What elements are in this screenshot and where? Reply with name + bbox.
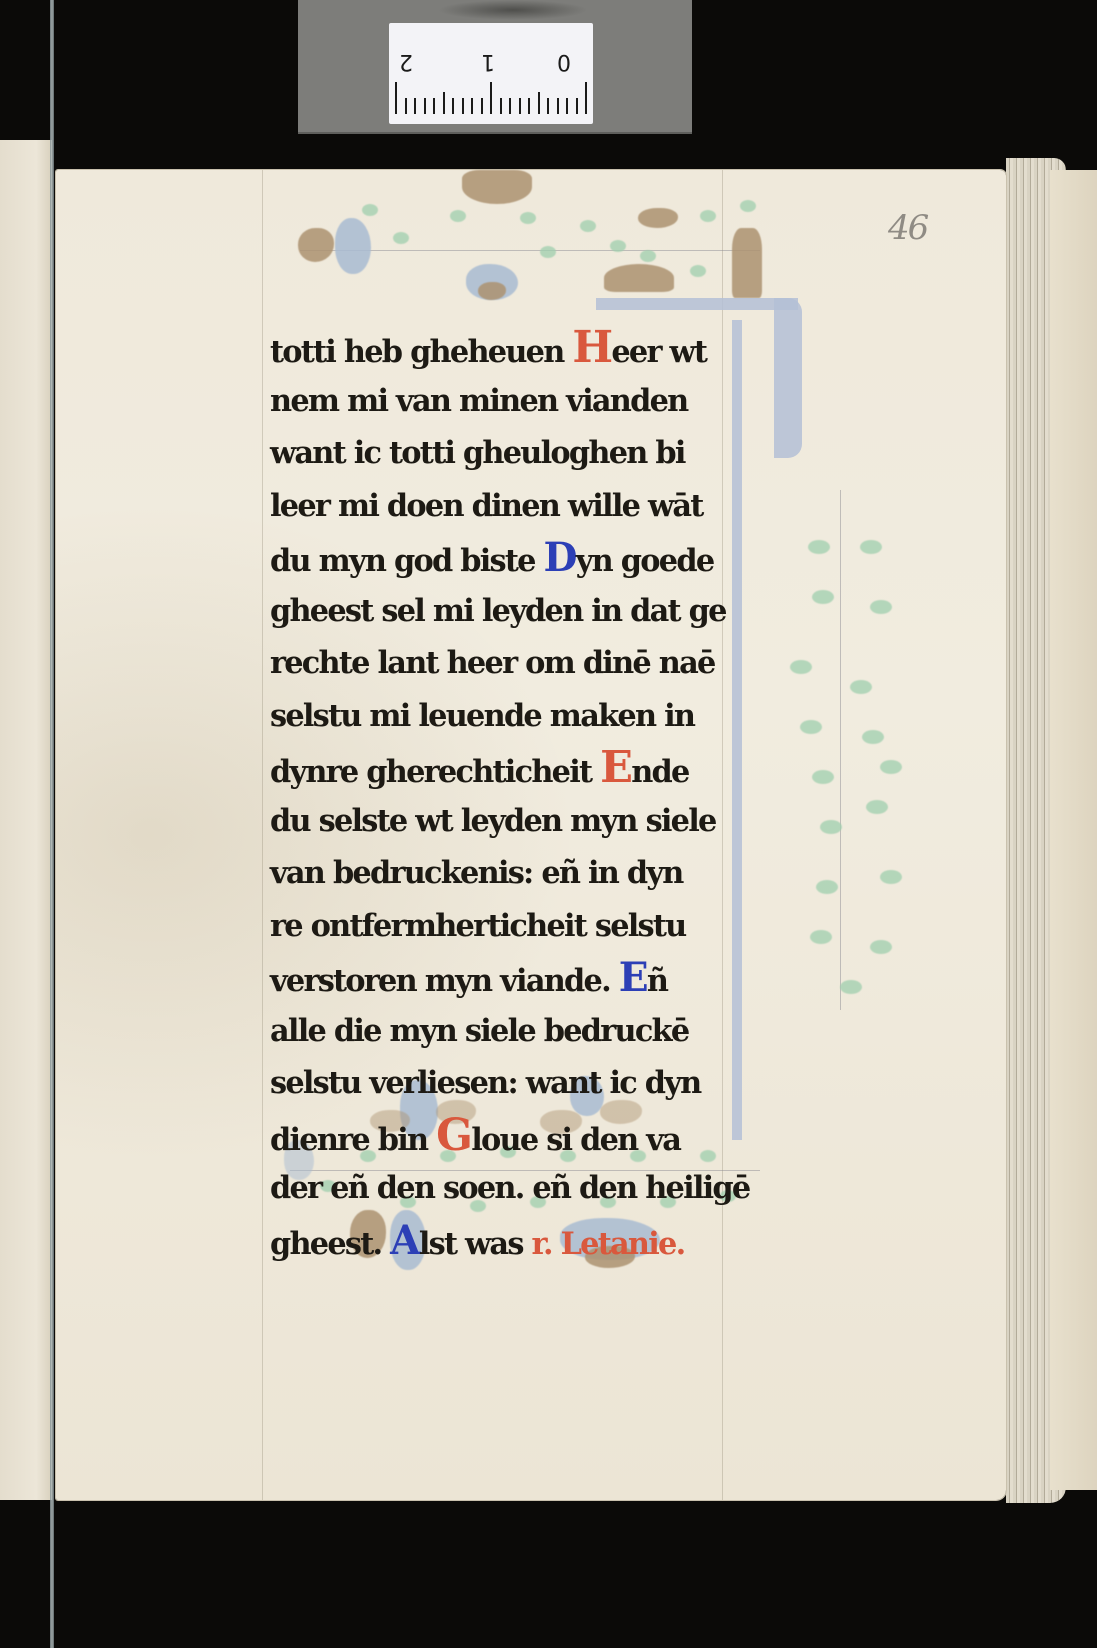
- ruler-tick: [452, 98, 454, 114]
- ruler-tick: [395, 82, 397, 114]
- text-line: gheest. Alst was r. Letanie.: [270, 1215, 760, 1268]
- glass-plate-edge: [50, 0, 54, 1648]
- facing-page-edge: [0, 140, 52, 1500]
- ruling-left: [262, 170, 263, 1500]
- decorated-initial-blue: E: [619, 954, 647, 1001]
- folio-number: 46: [888, 208, 927, 248]
- ruler-tick: [433, 98, 435, 114]
- ruler-tick: [471, 98, 473, 114]
- text-line: dynre gherechticheit Ende: [270, 742, 760, 795]
- text-line: want ic totti gheuloghen bi: [270, 427, 760, 480]
- text-line: re ontfermherticheit selstu: [270, 900, 760, 953]
- ruler-tick: [405, 98, 407, 114]
- ruler-tick: [414, 98, 416, 114]
- rubric-text: r. Letanie.: [532, 1226, 685, 1262]
- decorated-initial-blue: A: [390, 1217, 419, 1264]
- text-line: leer mi doen dinen wille wāt: [270, 480, 760, 533]
- text-line: gheest sel mi leyden in dat ge: [270, 585, 760, 638]
- ruler-label-2: 2: [399, 49, 413, 74]
- ruler-tick: [576, 98, 578, 114]
- ruler-tick: [557, 98, 559, 114]
- ruler-ticks: [395, 82, 587, 114]
- ruler-tick: [424, 98, 426, 114]
- text-line: alle die myn siele bedruckē: [270, 1005, 760, 1058]
- ruler-tick: [585, 82, 587, 114]
- ruler-tick: [481, 98, 483, 114]
- ruler-tick: [528, 98, 530, 114]
- ruler-tick: [509, 98, 511, 114]
- ruler-tick: [547, 98, 549, 114]
- ruler-tick: [443, 92, 445, 114]
- decorated-initial-red: H: [572, 322, 611, 373]
- text-line: nem mi van minen vianden: [270, 375, 760, 428]
- text-line: rechte lant heer om dinē naē: [270, 637, 760, 690]
- text-line: dienre bin Gloue si den va: [270, 1110, 760, 1163]
- text-line: du selste wt leyden myn siele: [270, 795, 760, 848]
- book-cover-edge: [1050, 170, 1097, 1490]
- shadow-smudge: [438, 0, 588, 20]
- ruler-tick: [490, 82, 492, 114]
- scale-ruler: 0 1 2: [389, 23, 593, 124]
- manuscript-text-block: totti heb gheheuen Heer wt nem mi van mi…: [270, 322, 770, 1267]
- ruler-tick: [538, 92, 540, 114]
- ruler-tick: [462, 98, 464, 114]
- ruler-label-1: 1: [481, 49, 495, 74]
- ruler-tick: [519, 98, 521, 114]
- text-line: selstu mi leuende maken in: [270, 690, 760, 743]
- ruler-label-0: 0: [557, 49, 571, 74]
- decorated-initial-red: E: [600, 742, 631, 793]
- text-line: van bedruckenis: eñ in dyn: [270, 847, 760, 900]
- text-line: totti heb gheheuen Heer wt: [270, 322, 760, 375]
- decorated-initial-blue: D: [544, 534, 576, 581]
- text-line: selstu verliesen: want ic dyn: [270, 1057, 760, 1110]
- text-line: der eñ den soen. eñ den heiligē: [270, 1162, 760, 1215]
- text-line: du myn god biste Dyn goede: [270, 532, 760, 585]
- ruler-tick: [500, 98, 502, 114]
- text-line: verstoren myn viande. Eñ: [270, 952, 760, 1005]
- decorated-initial-red: G: [436, 1110, 471, 1161]
- ruler-tick: [566, 98, 568, 114]
